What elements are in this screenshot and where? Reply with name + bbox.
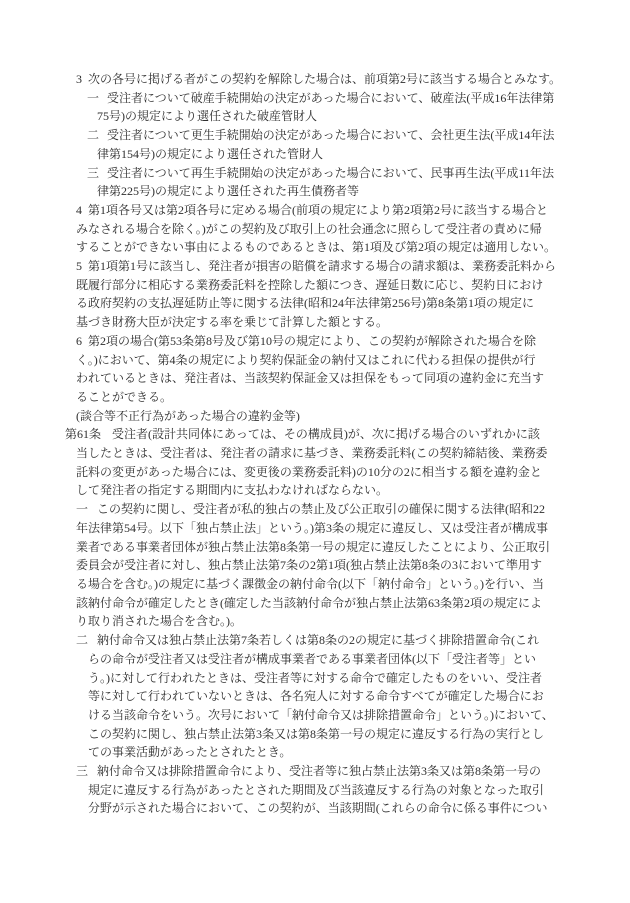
document-line: 4第1項各号又は第2項各号に定める場合(前項の規定により第2項第2号に該当する場…: [0, 201, 630, 220]
document-line: することができない事由によるものであるときは、第1項及び第2項の規定は適用しない…: [0, 238, 630, 257]
line-text: 分野が示された場合において、この契約が、当該期間(これらの命令に係る事件につい: [88, 801, 548, 815]
line-text: 規定に違反する行為があったとされた期間及び当該違反する行為の対象となった取引: [88, 783, 544, 797]
document-line: 一受注者について破産手続開始の決定があった場合において、破産法(平成16年法律第: [0, 89, 630, 108]
document-line: 既履行部分に相応する業務委託料を控除した額につき、遅延日数に応じ、契約日におけ: [0, 276, 630, 295]
line-text: う。)に対して行われたときは、受注者等に対する命令で確定したものをいい、受注者: [88, 671, 542, 685]
document-line: る政府契約の支払遅延防止等に関する法律(昭和24年法律第256号)第8条第1項の…: [0, 294, 630, 313]
document-line: この契約に関し、独占禁止法第3条又は第8条第一号の規定に違反する行為の実行とし: [0, 725, 630, 744]
line-text: して発注者の指定する期間内に支払わなければならない。: [76, 483, 388, 497]
document-line: 託料の変更があった場合には、変更後の業務委託料)の10分の2に相当する額を違約金…: [0, 463, 630, 482]
item-marker: 3: [76, 70, 82, 89]
item-marker: 二: [87, 126, 99, 145]
document-line: ることができる。: [0, 388, 630, 407]
document-line: して発注者の指定する期間内に支払わなければならない。: [0, 481, 630, 500]
line-text: 第1項各号又は第2項各号に定める場合(前項の規定により第2項第2号に該当する場合…: [88, 203, 548, 217]
document-line: われているときは、発注者は、当該契約保証金又は担保をもって同項の違約金に充当す: [0, 369, 630, 388]
item-marker: 第61条: [65, 425, 101, 444]
line-text: 該納付命令が確定したとき(確定した当該納付命令が独占禁止法第63条第2項の規定に…: [76, 596, 542, 610]
document-line: 二納付命令又は独占禁止法第7条若しくは第8条の2の規定に基づく排除措置命令(これ: [0, 631, 630, 650]
document-line: り取り消された場合を含む。)。: [0, 612, 630, 631]
document-line: 三受注者について再生手続開始の決定があった場合において、民事再生法(平成11年法: [0, 164, 630, 183]
line-text: ることができる。: [76, 390, 172, 404]
item-marker: 一: [76, 500, 88, 519]
line-text: 第1項第1号に該当し、発注者が損害の賠償を請求する場合の請求額は、業務委託料から: [88, 259, 556, 273]
document-line: 3次の各号に掲げる者がこの契約を解除した場合は、前項第2号に該当する場合とみなす…: [0, 70, 630, 89]
line-text: 受注者(設計共同体にあっては、その構成員)が、次に掲げる場合のいずれかに該: [112, 427, 540, 441]
line-text: る政府契約の支払遅延防止等に関する法律(昭和24年法律第256号)第8条第1項の…: [76, 296, 534, 310]
line-text: 納付命令又は排除措置命令により、受注者等に独占禁止法第3条又は第8条第一号の: [97, 764, 541, 778]
document-line: 律第154号)の規定により選任された管財人: [0, 145, 630, 164]
item-marker: 6: [76, 332, 82, 351]
line-text: る場合を含む。)の規定に基づく課徴金の納付命令(以下「納付命令」という。)を行い…: [76, 577, 544, 591]
document-line: 三納付命令又は排除措置命令により、受注者等に独占禁止法第3条又は第8条第一号の: [0, 762, 630, 781]
line-text: この契約に関し、受注者が私的独占の禁止及び公正取引の確保に関する法律(昭和22: [97, 502, 545, 516]
line-text: 委員会が受注者に対し、独占禁止法第7条の2第1項(独占禁止法第8条の3において準…: [76, 558, 542, 572]
line-text: 受注者について更生手続開始の決定があった場合において、会社更生法(平成14年法: [107, 128, 554, 142]
document-line: 該納付命令が確定したとき(確定した当該納付命令が独占禁止法第63条第2項の規定に…: [0, 594, 630, 613]
document-line: る場合を含む。)の規定に基づく課徴金の納付命令(以下「納付命令」という。)を行い…: [0, 575, 630, 594]
line-text: 託料の変更があった場合には、変更後の業務委託料)の10分の2に相当する額を違約金…: [76, 465, 542, 479]
line-text: 業者である事業者団体が独占禁止法第8条第一号の規定に違反したことにより、公正取引: [76, 540, 550, 554]
line-text: 納付命令又は独占禁止法第7条若しくは第8条の2の規定に基づく排除措置命令(これ: [97, 633, 539, 647]
document-line: 第61条受注者(設計共同体にあっては、その構成員)が、次に掲げる場合のいずれかに…: [0, 425, 630, 444]
document-line: 6第2項の場合(第53条第8号及び第10号の規定により、この契約が解除された場合…: [0, 332, 630, 351]
line-text: 次の各号に掲げる者がこの契約を解除した場合は、前項第2号に該当する場合とみなす。: [88, 72, 561, 86]
item-marker: 4: [76, 201, 82, 220]
line-text: 等に対して行われていないときは、各名宛人に対する命令すべてが確定した場合にお: [88, 689, 544, 703]
line-text: 受注者について破産手続開始の決定があった場合において、破産法(平成16年法律第: [107, 91, 554, 105]
document-line: 等に対して行われていないときは、各名宛人に対する命令すべてが確定した場合にお: [0, 687, 630, 706]
document-line: ける当該命令をいう。次号において「納付命令又は排除措置命令」という。)において、: [0, 706, 630, 725]
line-text: みなされる場合を除く。)がこの契約及び取引上の社会通念に照らして受注者の責めに帰: [76, 222, 542, 236]
document-line: く。)において、第4条の規定により契約保証金の納付又はこれに代わる担保の提供が行: [0, 351, 630, 370]
line-text: 律第225号)の規定により選任された再生債務者等: [97, 184, 359, 198]
document-line: ての事業活動があったとされたとき。: [0, 743, 630, 762]
document-line: 二受注者について更生手続開始の決定があった場合において、会社更生法(平成14年法: [0, 126, 630, 145]
line-text: 年法律第54号。以下「独占禁止法」という。)第3条の規定に違反し、又は受注者が構…: [76, 521, 548, 535]
line-text: ける当該命令をいう。次号において「納付命令又は排除措置命令」という。)において、: [88, 708, 554, 722]
line-text: く。)において、第4条の規定により契約保証金の納付又はこれに代わる担保の提供が行: [76, 353, 536, 367]
document-line: みなされる場合を除く。)がこの契約及び取引上の社会通念に照らして受注者の責めに帰: [0, 220, 630, 239]
item-marker: 三: [87, 164, 99, 183]
document-line: 業者である事業者団体が独占禁止法第8条第一号の規定に違反したことにより、公正取引: [0, 538, 630, 557]
document-line: 一この契約に関し、受注者が私的独占の禁止及び公正取引の確保に関する法律(昭和22: [0, 500, 630, 519]
line-text: 既履行部分に相応する業務委託料を控除した額につき、遅延日数に応じ、契約日におけ: [76, 278, 543, 292]
item-marker: 二: [76, 631, 88, 650]
document-line: 5第1項第1号に該当し、発注者が損害の賠償を請求する場合の請求額は、業務委託料か…: [0, 257, 630, 276]
document-line: 75号)の規定により選任された破産管財人: [0, 107, 630, 126]
item-marker: 5: [76, 257, 82, 276]
item-marker: 一: [87, 89, 99, 108]
line-text: り取り消された場合を含む。)。: [76, 614, 242, 628]
line-text: 第2項の場合(第53条第8号及び第10号の規定により、この契約が解除された場合を…: [88, 334, 536, 348]
document-line: 委員会が受注者に対し、独占禁止法第7条の2第1項(独占禁止法第8条の3において準…: [0, 556, 630, 575]
line-text: (談合等不正行為があった場合の違約金等): [76, 409, 300, 423]
line-text: ての事業活動があったとされたとき。: [88, 745, 291, 759]
line-text: 75号)の規定により選任された破産管財人: [97, 109, 317, 123]
contract-text-block: 3次の各号に掲げる者がこの契約を解除した場合は、前項第2号に該当する場合とみなす…: [0, 70, 630, 818]
document-line: らの命令が受注者又は受注者が構成事業者である事業者団体(以下「受注者等」とい: [0, 650, 630, 669]
document-line: 基づき財務大臣が決定する率を乗じて計算した額とする。: [0, 313, 630, 332]
item-marker: 三: [76, 762, 88, 781]
line-text: らの命令が受注者又は受注者が構成事業者である事業者団体(以下「受注者等」とい: [88, 652, 536, 666]
line-text: 受注者について再生手続開始の決定があった場合において、民事再生法(平成11年法: [107, 166, 554, 180]
document-line: 分野が示された場合において、この契約が、当該期間(これらの命令に係る事件につい: [0, 799, 630, 818]
line-text: 基づき財務大臣が決定する率を乗じて計算した額とする。: [76, 315, 388, 329]
document-line: 当したときは、受注者は、発注者の請求に基づき、業務委託料(この契約締結後、業務委: [0, 444, 630, 463]
document-line: う。)に対して行われたときは、受注者等に対する命令で確定したものをいい、受注者: [0, 669, 630, 688]
line-text: 律第154号)の規定により選任された管財人: [97, 147, 323, 161]
document-line: 年法律第54号。以下「独占禁止法」という。)第3条の規定に違反し、又は受注者が構…: [0, 519, 630, 538]
line-text: この契約に関し、独占禁止法第3条又は第8条第一号の規定に違反する行為の実行とし: [88, 727, 544, 741]
document-line: 規定に違反する行為があったとされた期間及び当該違反する行為の対象となった取引: [0, 781, 630, 800]
line-text: われているときは、発注者は、当該契約保証金又は担保をもって同項の違約金に充当す: [76, 371, 544, 385]
line-text: 当したときは、受注者は、発注者の請求に基づき、業務委託料(この契約締結後、業務委: [76, 446, 548, 460]
document-line: (談合等不正行為があった場合の違約金等): [0, 407, 630, 426]
document-line: 律第225号)の規定により選任された再生債務者等: [0, 182, 630, 201]
line-text: することができない事由によるものであるときは、第1項及び第2項の規定は適用しない…: [76, 240, 556, 254]
document-page: 3次の各号に掲げる者がこの契約を解除した場合は、前項第2号に該当する場合とみなす…: [0, 0, 630, 903]
